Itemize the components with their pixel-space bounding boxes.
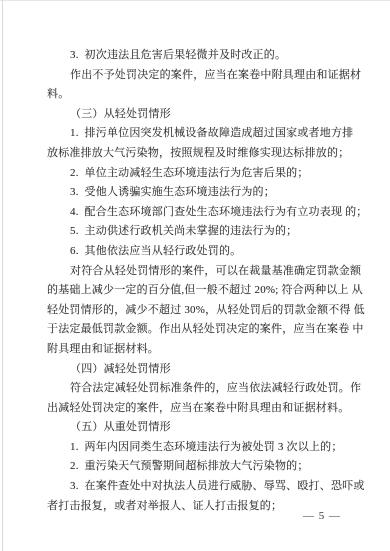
text-line: 于法定最低罚款金额。作出从轻处罚决定的案件，应当在案卷 中 <box>47 320 346 340</box>
list-item-line: 5. 主动供述行政机关尚未掌握的违法行为的； <box>47 222 346 242</box>
text-line: 出减轻处罚决定的案件，应当在案卷中附具理由和证据材料。 <box>47 399 346 419</box>
section-heading: （四）减轻处罚情形 <box>47 360 346 380</box>
scan-edge-top <box>0 0 390 1</box>
text-line: 附具理由和证据材料。 <box>47 340 346 360</box>
list-item-line: 6. 其他依法应当从轻行政处罚的。 <box>47 242 346 262</box>
list-item-line: 2. 单位主动减轻生态环境违法行为危害后果的； <box>47 164 346 184</box>
text-line: 符合法定减轻处罚标准条件的，应当依法减轻行政处罚。作 <box>47 379 346 399</box>
list-item-line: 1. 两年内因同类生态环境违法行为被处罚 3 次以上的； <box>47 438 346 458</box>
text-line: 对符合从轻处罚情形的案件，可以在裁量基准确定罚款金额 <box>47 262 346 282</box>
list-item-line: 4. 配合生态环境部门查处生态环境违法行为有立功表现 的； <box>47 203 346 223</box>
text-line: 放标准排放大气污染物，按照规程及时维修实现达标排放的； <box>47 144 346 164</box>
scan-edge-left <box>2 0 3 551</box>
text-line: 料。 <box>47 85 346 105</box>
list-item-line: 3. 初次违法且危害后果轻微并及时改正的。 <box>47 46 346 66</box>
section-heading: （三）从轻处罚情形 <box>47 105 346 125</box>
section-heading: （五）从重处罚情形 <box>47 418 346 438</box>
text-line: 作出不予处罚决定的案件，应当在案卷中附具理由和证据材 <box>47 66 346 86</box>
text-line: 轻处罚情形的，减少不超过 30%，从轻处罚后的罚款金额不得 低 <box>47 301 346 321</box>
list-item-line: 3. 受他人诱骗实施生态环境违法行为的； <box>47 183 346 203</box>
document-body: 3. 初次违法且危害后果轻微并及时改正的。作出不予处罚决定的案件，应当在案卷中附… <box>47 46 346 516</box>
text-line: 的基础上减少一定的百分值,但一般不超过 20%; 符合两种以上 从 <box>47 281 346 301</box>
list-item-line: 3. 在案件查处中对执法人员进行威胁、辱骂、殴打、恐吓或 <box>47 477 346 497</box>
list-item-line: 1. 排污单位因突发机械设备故障造成超过国家或者地方排 <box>47 124 346 144</box>
list-item-line: 2. 重污染天气预警期间超标排放大气污染物的； <box>47 457 346 477</box>
text-line: 者打击报复，或者对举报人、证人打击报复的； <box>47 497 346 517</box>
page-number: — 5 — <box>303 510 341 522</box>
document-page: 3. 初次违法且危害后果轻微并及时改正的。作出不予处罚决定的案件，应当在案卷中附… <box>0 0 390 551</box>
